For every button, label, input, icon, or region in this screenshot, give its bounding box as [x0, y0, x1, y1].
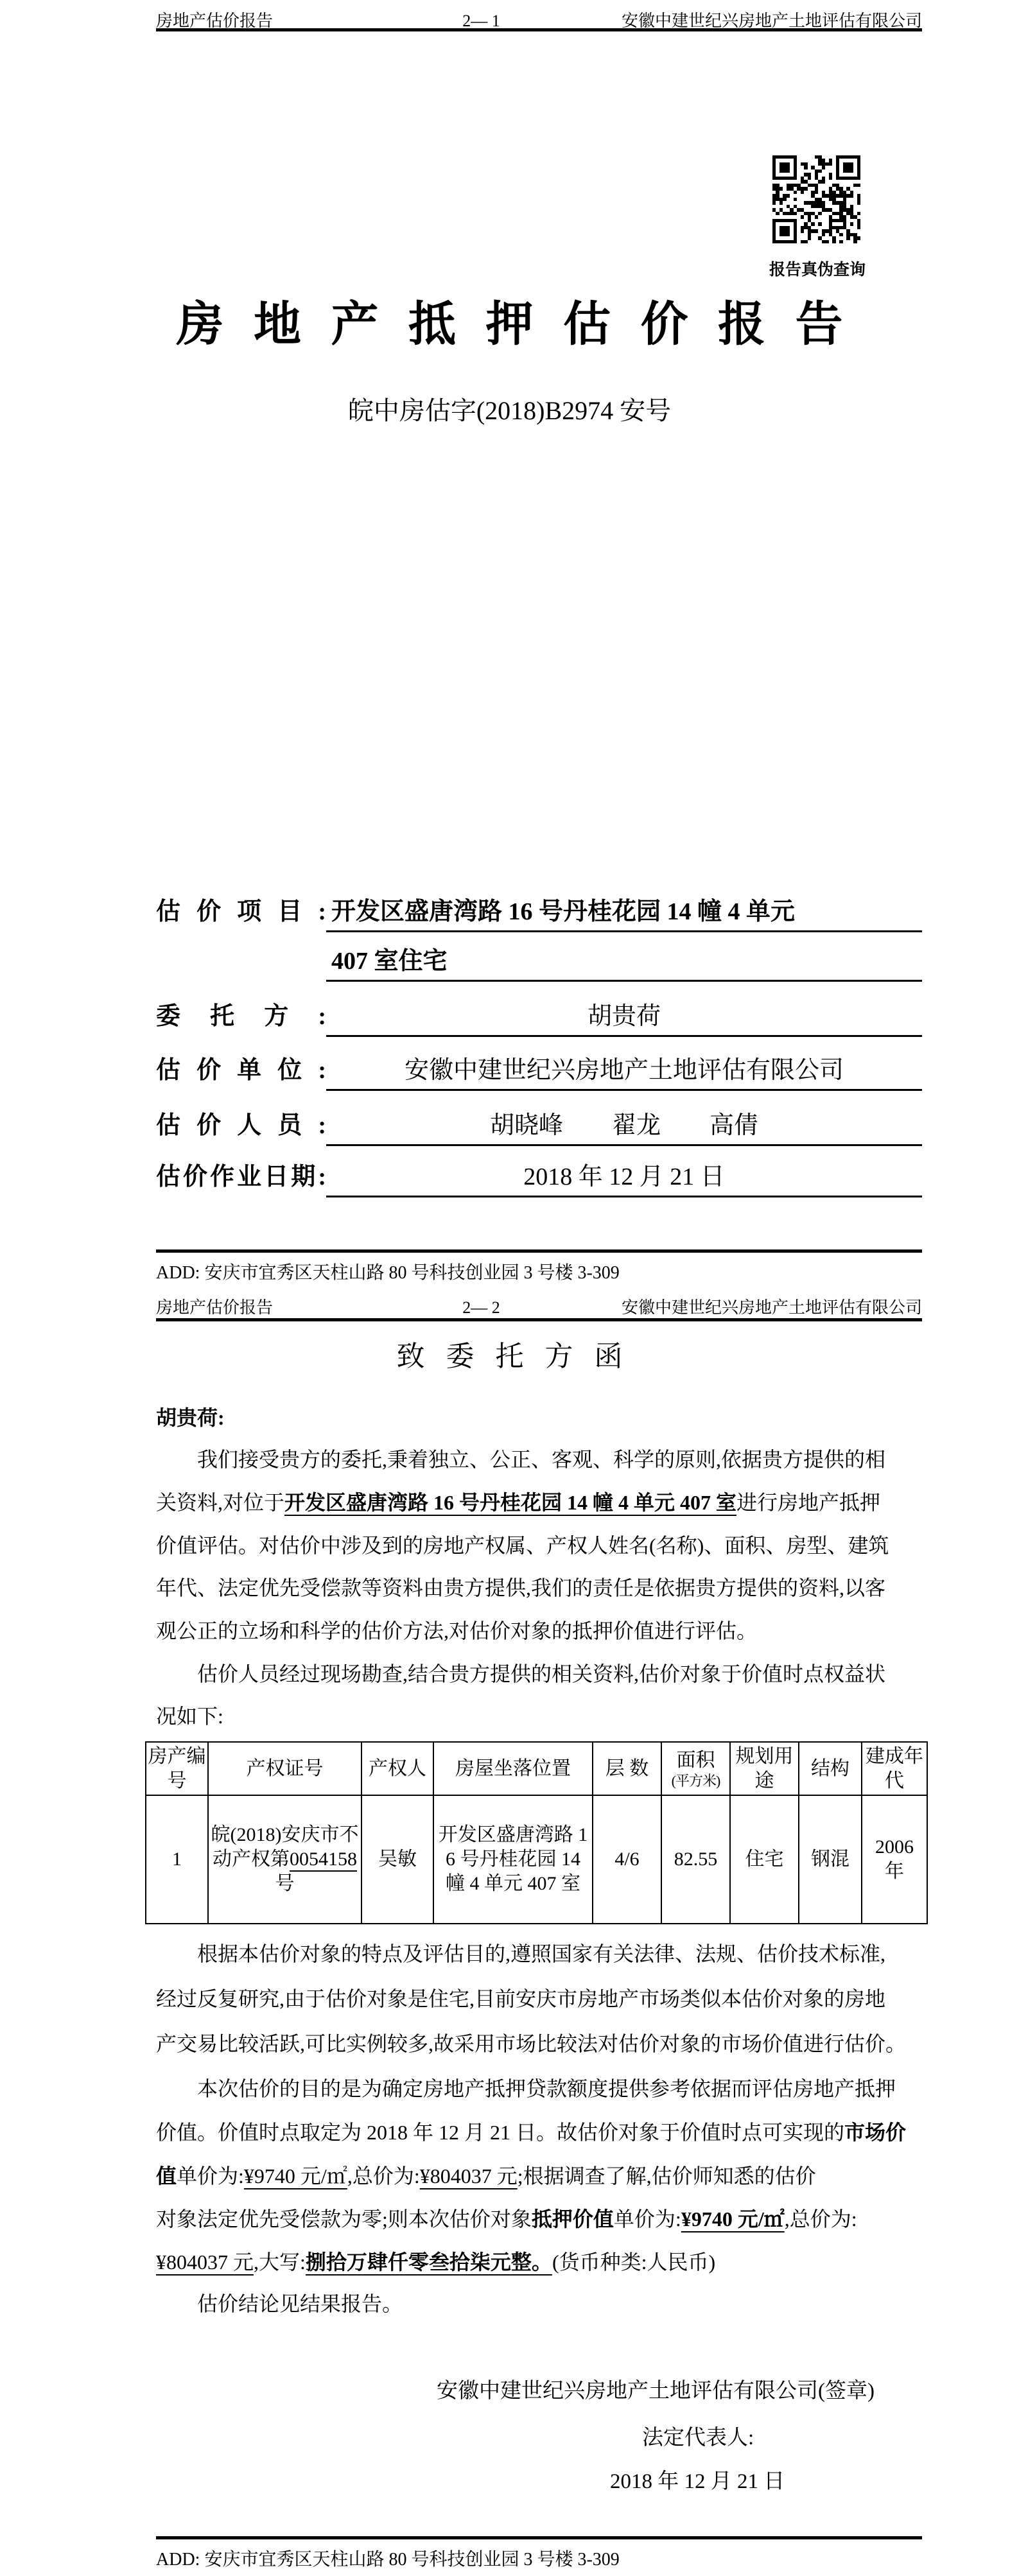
- field-client: 委托方: 胡贵荷: [156, 996, 922, 1037]
- market-value-emphasis: 值: [156, 2164, 177, 2188]
- cell-owner: 吴敏: [361, 1795, 433, 1924]
- qr-code: [772, 155, 860, 243]
- text-segment: 经过反复研究,由于估价对象是住宅,目前安庆市房地产市场类似本估价对象的房地: [156, 1987, 885, 2010]
- total-price-value: ¥804037 元: [156, 2250, 254, 2274]
- cert-suffix: 号: [275, 1873, 295, 1894]
- unit-price-value: ¥9740 元/㎡: [681, 2207, 785, 2231]
- page2-footer-address: ADD: 安庆市宜秀区天柱山路 80 号科技创业园 3 号楼 3-309: [156, 2545, 620, 2571]
- letter-line: 观公正的立场和科学的估价方法,对估价对象的抵押价值进行评估。: [156, 1615, 757, 1644]
- col-header-property-no: 房产编号: [146, 1742, 208, 1795]
- page2-footer-rule: [156, 2536, 922, 2539]
- signature-date: 2018 年 12 月 21 日: [610, 2464, 785, 2494]
- salutation: 胡贵荷:: [156, 1402, 225, 1431]
- page1-footer-rule: [156, 1249, 922, 1253]
- text-segment: 产交易比较活跃,可比实例较多,故采用市场比较法对估价对象的市场价值进行估价。: [156, 2032, 906, 2055]
- field-value: 开发区盛唐湾路 16 号丹桂花园 14 幢 4 单元: [326, 891, 922, 932]
- text-segment: ,总价为:: [347, 2164, 420, 2188]
- report-document: 房地产估价报告 2— 1 安徽中建世纪兴房地产土地评估有限公司 报告真伪查询 房…: [0, 0, 1019, 2576]
- report-number: 皖中房估字(2018)B2974 安号: [0, 390, 1019, 427]
- table-row: 1 皖(2018)安庆市不动产权第0054158号 吴敏 开发区盛唐湾路 16 …: [146, 1795, 927, 1924]
- col-header-use: 规划用途: [730, 1742, 799, 1795]
- text-segment: 关资料,对位于: [156, 1491, 284, 1514]
- letter-line: 根据本估价对象的特点及评估目的,遵照国家有关法律、法规、估价技术标准,: [197, 1938, 885, 1967]
- text-segment: ,总价为:: [785, 2207, 857, 2231]
- text-segment: (货币种类:人民币): [552, 2250, 715, 2274]
- property-address-emphasis: 开发区盛唐湾路 16 号丹桂花园 14 幢 4 单元 407 室: [284, 1491, 736, 1514]
- field-date: 估价作业日期: 2018 年 12 月 21 日: [156, 1156, 922, 1197]
- cell-year: 2006 年: [862, 1795, 927, 1924]
- text-segment: 价值评估。对估价中涉及到的房地产权属、产权人姓名(名称)、面积、房型、建筑: [156, 1534, 889, 1557]
- text-segment: ,大写:: [254, 2250, 306, 2274]
- text-segment: 况如下:: [156, 1705, 223, 1728]
- field-project-line2: 407 室住宅: [156, 941, 922, 982]
- letter-line: 况如下:: [156, 1700, 223, 1730]
- field-value: 2018 年 12 月 21 日: [326, 1156, 922, 1197]
- cell-area: 82.55: [661, 1795, 730, 1924]
- field-agency: 估价单位: 安徽中建世纪兴房地产土地评估有限公司: [156, 1050, 922, 1091]
- letter-title: 致 委 托 方 函: [0, 1333, 1019, 1374]
- letter-line: 经过反复研究,由于估价对象是住宅,目前安庆市房地产市场类似本估价对象的房地: [156, 1983, 885, 2012]
- col-header-floors: 层 数: [593, 1742, 661, 1795]
- text-segment: 价值。价值时点取定为 2018 年 12 月 21 日。故估价对象于价值时点可实…: [156, 2121, 844, 2144]
- letter-line: 价值评估。对估价中涉及到的房地产权属、产权人姓名(名称)、面积、房型、建筑: [156, 1529, 889, 1559]
- report-title: 房 地 产 抵 押 估 价 报 告: [0, 286, 1019, 354]
- cell-structure: 钢混: [799, 1795, 862, 1924]
- cell-floors: 4/6: [593, 1795, 661, 1924]
- col-header-structure: 结构: [799, 1742, 862, 1795]
- text-segment: 单价为:: [177, 2164, 244, 2188]
- table-header-row: 房产编号 产权证号 产权人 房屋坐落位置 层 数 面积(平方米) 规划用途 结构…: [146, 1742, 927, 1795]
- text-segment: 年代、法定优先受偿款等资料由贵方提供,我们的责任是依据贵方提供的资料,以客: [156, 1576, 885, 1599]
- field-label: 估价单位:: [156, 1050, 326, 1085]
- signature-legal-rep: 法定代表人:: [642, 2421, 754, 2451]
- letter-line: 年代、法定优先受偿款等资料由贵方提供,我们的责任是依据贵方提供的资料,以客: [156, 1572, 885, 1601]
- page1-footer-address: ADD: 安庆市宜秀区天柱山路 80 号科技创业园 3 号楼 3-309: [156, 1258, 620, 1284]
- cell-cert-no: 皖(2018)安庆市不动产权第0054158号: [208, 1795, 361, 1924]
- text-segment: 进行房地产抵押: [736, 1491, 880, 1514]
- field-label: 估价作业日期:: [156, 1156, 326, 1192]
- header-page-number: 2— 2: [361, 1298, 601, 1318]
- col-header-year: 建成年代: [862, 1742, 927, 1795]
- amount-in-words: 捌拾万肆仟零叁拾柒元整。: [306, 2250, 552, 2274]
- property-table: 房产编号 产权证号 产权人 房屋坐落位置 层 数 面积(平方米) 规划用途 结构…: [145, 1741, 928, 1924]
- letter-line: 值单价为:¥9740 元/㎡,总价为:¥804037 元;根据调查了解,估价师知…: [156, 2160, 816, 2189]
- unit-price-value: ¥9740 元/㎡: [244, 2164, 347, 2188]
- letter-line: 我们接受贵方的委托,秉着独立、公正、客观、科学的原则,依据贵方提供的相: [197, 1443, 885, 1473]
- header-doc-type: 房地产估价报告: [156, 1294, 361, 1318]
- letter-line: 关资料,对位于开发区盛唐湾路 16 号丹桂花园 14 幢 4 单元 407 室进…: [156, 1486, 880, 1516]
- page2-header-rule: [156, 1318, 922, 1321]
- field-value: 安徽中建世纪兴房地产土地评估有限公司: [326, 1050, 922, 1091]
- header-rule: [156, 28, 922, 31]
- text-segment: 观公正的立场和科学的估价方法,对估价对象的抵押价值进行评估。: [156, 1619, 757, 1642]
- header-company-name: 安徽中建世纪兴房地产土地评估有限公司: [601, 1294, 922, 1318]
- letter-line: 价值。价值时点取定为 2018 年 12 月 21 日。故估价对象于价值时点可实…: [156, 2116, 906, 2146]
- cert-number: 0054158: [290, 1849, 357, 1870]
- letter-line: 对象法定优先受偿款为零;则本次估价对象抵押价值单价为:¥9740 元/㎡,总价为…: [156, 2203, 857, 2232]
- text-segment: ;根据调查了解,估价师知悉的估价: [518, 2164, 816, 2188]
- field-value: 胡贵荷: [326, 996, 922, 1037]
- qr-caption: 报告真伪查询: [763, 257, 872, 280]
- col-header-location: 房屋坐落位置: [433, 1742, 593, 1795]
- cell-property-no: 1: [146, 1795, 208, 1924]
- letter-line: 本次估价的目的是为确定房地产抵押贷款额度提供参考依据而评估房地产抵押: [197, 2073, 896, 2102]
- cell-use: 住宅: [730, 1795, 799, 1924]
- market-value-emphasis: 市场价: [844, 2121, 906, 2144]
- text-segment: 估价人员经过现场勘查,结合贵方提供的相关资料,估价对象于价值时点权益状: [197, 1662, 885, 1685]
- cell-location: 开发区盛唐湾路 16 号丹桂花园 14 幢 4 单元 407 室: [433, 1795, 593, 1924]
- field-label: 估价项目:: [156, 891, 326, 927]
- field-project: 估价项目: 开发区盛唐湾路 16 号丹桂花园 14 幢 4 单元: [156, 891, 922, 932]
- letter-line: 估价结论见结果报告。: [197, 2288, 403, 2317]
- field-label: 委托方:: [156, 996, 326, 1031]
- page2-header: 房地产估价报告 2— 2 安徽中建世纪兴房地产土地评估有限公司: [156, 1294, 922, 1318]
- letter-line: ¥804037 元,大写:捌拾万肆仟零叁拾柒元整。(货币种类:人民币): [156, 2246, 715, 2276]
- field-value: 407 室住宅: [326, 941, 922, 982]
- col-header-cert-no: 产权证号: [208, 1742, 361, 1795]
- text-segment: 本次估价的目的是为确定房地产抵押贷款额度提供参考依据而评估房地产抵押: [197, 2077, 896, 2100]
- col-header-area-title: 面积: [677, 1750, 715, 1771]
- letter-line: 产交易比较活跃,可比实例较多,故采用市场比较法对估价对象的市场价值进行估价。: [156, 2028, 906, 2057]
- text-segment: 单价为:: [614, 2207, 681, 2231]
- text-segment: 估价结论见结果报告。: [197, 2292, 403, 2315]
- field-value: 胡晓峰 翟龙 高倩: [326, 1105, 922, 1146]
- col-header-area-unit: (平方米): [663, 1773, 728, 1789]
- field-appraisers: 估价人员: 胡晓峰 翟龙 高倩: [156, 1105, 922, 1146]
- field-label: 估价人员:: [156, 1105, 326, 1140]
- col-header-owner: 产权人: [361, 1742, 433, 1795]
- col-header-area: 面积(平方米): [661, 1742, 730, 1795]
- mortgage-value-emphasis: 抵押价值: [532, 2207, 614, 2231]
- signature-company: 安徽中建世纪兴房地产土地评估有限公司(签章): [437, 2374, 875, 2404]
- text-segment: 我们接受贵方的委托,秉着独立、公正、客观、科学的原则,依据贵方提供的相: [197, 1448, 885, 1471]
- text-segment: 对象法定优先受偿款为零;则本次估价对象: [156, 2207, 532, 2231]
- total-price-value: ¥804037 元: [420, 2164, 518, 2188]
- text-segment: 根据本估价对象的特点及评估目的,遵照国家有关法律、法规、估价技术标准,: [197, 1942, 885, 1965]
- letter-line: 估价人员经过现场勘查,结合贵方提供的相关资料,估价对象于价值时点权益状: [197, 1658, 885, 1687]
